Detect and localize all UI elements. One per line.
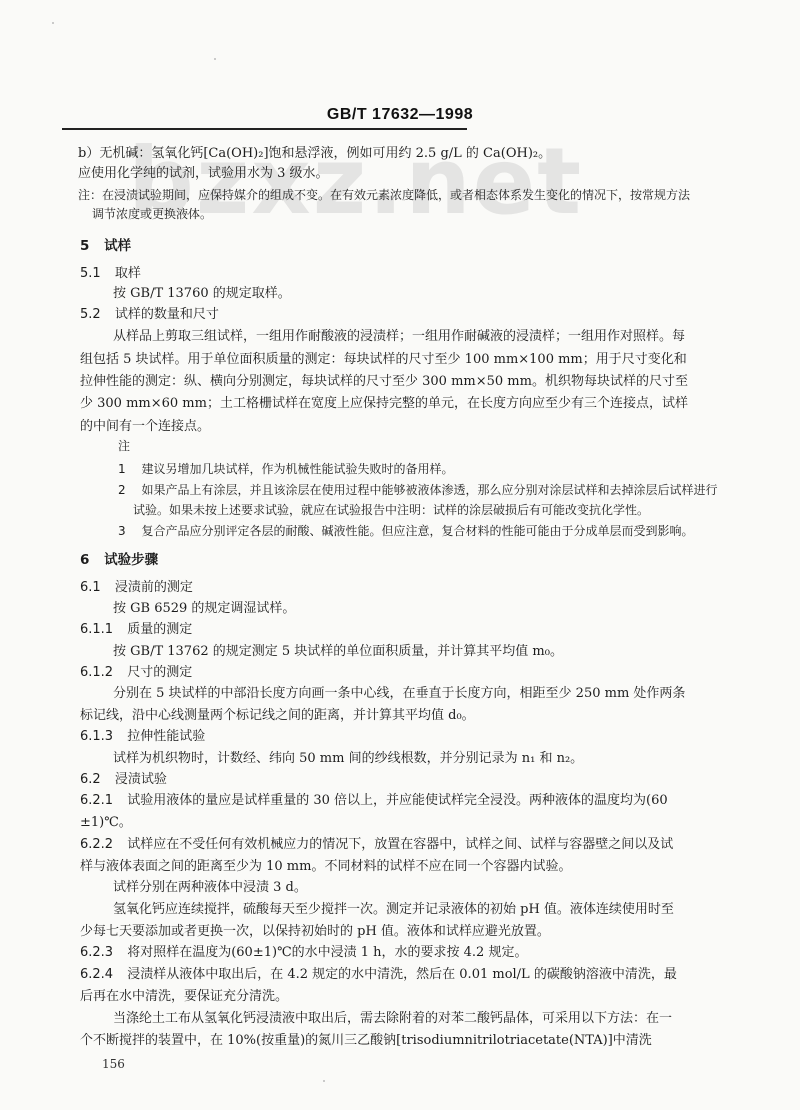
section-title: 浸渍试验 (115, 772, 167, 787)
paragraph: 少每七天要添加或者更换一次，以保持初始时的 pH 值。液体和试样应避光放置。 (80, 924, 550, 940)
notes-label: 注 (118, 438, 130, 454)
note-item-3: 3 复合产品应分别评定各层的耐酸、碱液性能。但应注意，复合材料的性能可能由于分成… (118, 523, 693, 539)
section-6-1-1-heading: 6.1.1 质量的测定 (80, 622, 192, 638)
immersion-note: 注：在浸渍试验期间，应保持媒介的组成不变。在有效元素浓度降低，或者相态体系发生变… (78, 187, 690, 203)
note-text: 如果产品上有涂层，并且该涂层在使用过程中能够被液体渗透，那么应分别对涂层试样和去… (141, 483, 717, 497)
section-number: 6.2.2 (80, 837, 113, 853)
note-item-1: 1 建议另增加几块试样，作为机械性能试验失败时的备用样。 (118, 461, 453, 477)
section-title: 试验步骤 (104, 552, 158, 568)
section-title: 试样的数量和尺寸 (115, 307, 219, 322)
section-number: 6.2.1 (80, 793, 113, 809)
paragraph: 试样为机织物时，计数经、纬向 50 mm 间的纱线根数，并分别记录为 n₁ 和 … (113, 751, 583, 767)
reagent-purity-note: 应使用化学纯的试剂，试验用水为 3 级水。 (78, 166, 329, 182)
section-5-1-heading: 5.1 取样 (80, 266, 141, 282)
paragraph: 个不断搅拌的装置中，在 10%(按重量)的氮川三乙酸钠[trisodiumnit… (80, 1033, 652, 1049)
page-number: 156 (102, 1057, 125, 1071)
clause-text: 试样应在不受任何有效机械应力的情况下，放置在容器中，试样之间、试样与容器壁之间以… (127, 837, 673, 852)
section-number: 5.2 (80, 307, 101, 323)
paragraph: 组包括 5 块试样。用于单位面积质量的测定：每块试样的尺寸至少 100 mm×1… (80, 352, 687, 368)
section-title: 浸渍前的测定 (115, 580, 193, 595)
scan-speck (52, 22, 54, 24)
note-text: 复合产品应分别评定各层的耐酸、碱液性能。但应注意，复合材料的性能可能由于分成单层… (141, 524, 693, 538)
section-6-1-heading: 6.1 浸渍前的测定 (80, 580, 193, 596)
paragraph: 试样分别在两种液体中浸渍 3 d。 (113, 880, 307, 896)
paragraph: 分别在 5 块试样的中部沿长度方向画一条中心线，在垂直于长度方向，相距至少 25… (113, 686, 685, 702)
section-number: 6.2.3 (80, 945, 113, 961)
clause-6-2-4: 6.2.4 浸渍样从液体中取出后，在 4.2 规定的水中清洗，然后在 0.01 … (80, 967, 677, 983)
section-number: 6.2 (80, 772, 101, 788)
paragraph: 按 GB/T 13760 的规定取样。 (113, 286, 291, 302)
standard-code-header: GB/T 17632—1998 (0, 106, 800, 124)
clause-6-2-3: 6.2.3 将对照样在温度为(60±1)℃的水中浸渍 1 h，水的要求按 4.2… (80, 945, 527, 961)
note-number: 3 (118, 523, 126, 539)
paragraph: ±1)℃。 (80, 815, 132, 831)
section-5-heading: 5 试样 (80, 238, 131, 254)
section-number: 6 (80, 552, 89, 568)
note-item-2: 2 如果产品上有涂层，并且该涂层在使用过程中能够被液体渗透，那么应分别对涂层试样… (118, 482, 717, 498)
document-page: bzxz.net GB/T 17632—1998 b）无机碱：氢氧化钙[Ca(O… (0, 0, 800, 1110)
paragraph: 从样品上剪取三组试样，一组用作耐酸液的浸渍样；一组用作耐碱液的浸渍样；一组用作对… (113, 329, 685, 345)
note-number: 2 (118, 482, 126, 498)
section-title: 取样 (115, 266, 141, 281)
scan-speck (214, 58, 216, 60)
section-5-2-heading: 5.2 试样的数量和尺寸 (80, 307, 219, 323)
section-title: 尺寸的测定 (127, 665, 192, 680)
section-number: 6.1.2 (80, 665, 113, 681)
clause-text: 将对照样在温度为(60±1)℃的水中浸渍 1 h，水的要求按 4.2 规定。 (127, 945, 527, 960)
section-title: 质量的测定 (127, 622, 192, 637)
paragraph: 标记线，沿中心线测量两个标记线之间的距离，并计算其平均值 d₀。 (80, 708, 475, 724)
reagent-item-b: b）无机碱：氢氧化钙[Ca(OH)₂]饱和悬浮液，例如可用约 2.5 g/L 的… (78, 146, 551, 162)
paragraph: 样与液体表面之间的距离至少为 10 mm。不同材料的试样不应在同一个容器内试验。 (80, 859, 571, 875)
clause-text: 试验用液体的量应是试样重量的 30 倍以上，并应能使试样完全浸没。两种液体的温度… (127, 793, 667, 808)
paragraph: 的中间有一个连接点。 (80, 419, 210, 435)
paragraph: 按 GB/T 13762 的规定测定 5 块试样的单位面积质量，并计算其平均值 … (113, 644, 563, 660)
paragraph: 当涤纶土工布从氢氧化钙浸渍液中取出后，需去除附着的对苯二酸钙晶体，可采用以下方法… (113, 1011, 672, 1027)
paragraph: 后再在水中清洗，要保证充分清洗。 (80, 989, 288, 1005)
section-6-1-3-heading: 6.1.3 拉伸性能试验 (80, 729, 205, 745)
section-title: 试样 (104, 238, 131, 254)
clause-6-2-1: 6.2.1 试验用液体的量应是试样重量的 30 倍以上，并应能使试样完全浸没。两… (80, 793, 668, 809)
clause-6-2-2: 6.2.2 试样应在不受任何有效机械应力的情况下，放置在容器中，试样之间、试样与… (80, 837, 673, 853)
paragraph: 拉伸性能的测定：纵、横向分别测定，每块试样的尺寸至少 300 mm×50 mm。… (80, 374, 688, 390)
note-number: 1 (118, 461, 126, 477)
paragraph: 按 GB 6529 的规定调湿试样。 (113, 601, 295, 617)
section-number: 5.1 (80, 266, 101, 282)
clause-text: 浸渍样从液体中取出后，在 4.2 规定的水中清洗，然后在 0.01 mol/L … (127, 967, 677, 982)
section-title: 拉伸性能试验 (127, 729, 205, 744)
note-text: 建议另增加几块试样，作为机械性能试验失败时的备用样。 (141, 462, 453, 476)
section-number: 6.2.4 (80, 967, 113, 983)
section-6-1-2-heading: 6.1.2 尺寸的测定 (80, 665, 192, 681)
paragraph: 少 300 mm×60 mm；土工格栅试样在宽度上应保持完整的单元，在长度方向应… (80, 396, 688, 412)
header-rule (62, 128, 467, 130)
section-6-2-heading: 6.2 浸渍试验 (80, 772, 167, 788)
note-item-2-cont: 试验。如果未按上述要求试验，就应在试验报告中注明：试样的涂层破损后有可能改变抗化… (133, 502, 649, 518)
section-number: 6.1 (80, 580, 101, 596)
scan-speck (323, 1080, 325, 1082)
paragraph: 氢氧化钙应连续搅拌，硫酸每天至少搅拌一次。测定并记录液体的初始 pH 值。液体连… (113, 902, 674, 918)
section-number: 6.1.1 (80, 622, 113, 638)
immersion-note-cont: 调节浓度或更换液体。 (92, 206, 212, 222)
section-number: 6.1.3 (80, 729, 113, 745)
section-number: 5 (80, 238, 89, 254)
section-6-heading: 6 试验步骤 (80, 552, 158, 568)
